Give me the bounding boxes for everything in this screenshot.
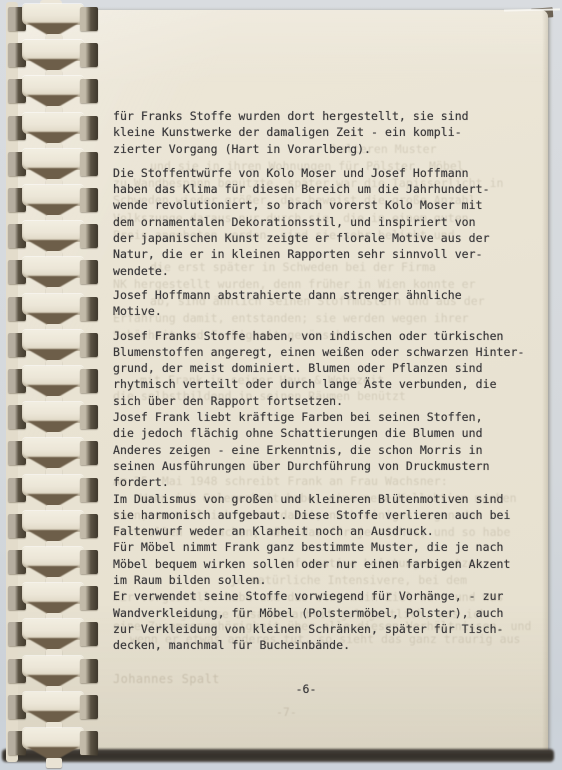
text-line: der japanischen Kunst zeigte er florale … — [113, 230, 543, 246]
binding-ring-front — [22, 40, 84, 61]
text-line: Motive. — [113, 303, 543, 319]
text-line: Josef Franks Stoffe haben, von indischen… — [113, 328, 543, 344]
binding-ring — [6, 257, 100, 293]
text-line: im Raum bilden sollen. — [113, 572, 543, 588]
ghost-next-page-number: -7- — [276, 705, 297, 719]
binding-ring-front — [22, 692, 84, 713]
binding-ring-front — [22, 402, 84, 423]
text-line: Blumenstoffen angeregt, einen weißen ode… — [113, 344, 543, 360]
binding-hole-right — [80, 695, 98, 719]
binding-ring-front — [22, 656, 84, 677]
text-line: decken, manchmal für Bucheinbände. — [113, 637, 543, 653]
paragraph: Die Stoffentwürfe von Kolo Moser und Jos… — [113, 165, 543, 279]
binding-ring — [6, 185, 100, 221]
binding-ring — [6, 547, 100, 583]
binding-ring-front — [22, 728, 84, 749]
binding-hole-right — [80, 333, 98, 357]
text-line: wendete. — [113, 263, 543, 279]
binding-connector — [46, 758, 62, 768]
text-line: Möbel bequem wirken sollen oder nur eine… — [113, 556, 543, 572]
binding-ring — [6, 583, 100, 619]
binding-ring-front — [22, 76, 84, 97]
text-line: für Franks Stoffe wurden dort hergestell… — [113, 108, 543, 124]
binding-ring-front — [22, 4, 84, 25]
binding-ring-front — [22, 438, 84, 459]
binding-ring — [6, 692, 100, 728]
binding-hole-right — [80, 224, 98, 248]
text-line: zur Verkleidung von kleinen Schränken, s… — [113, 621, 543, 637]
binding-hole-right — [80, 188, 98, 212]
binding-hole-right — [80, 260, 98, 284]
binding-ring — [6, 113, 100, 149]
ghost-author-name: Johannes Spalt — [113, 672, 220, 686]
binding-ring — [6, 330, 100, 366]
binding-hole-right — [80, 478, 98, 502]
binding-ring-front — [22, 547, 84, 568]
binding-ring — [6, 149, 100, 185]
typewritten-text: für Franks Stoffe wurden dort hergestell… — [113, 108, 543, 662]
binding-ring-front — [22, 330, 84, 351]
text-line: Für Möbel nimmt Frank ganz bestimmte Mus… — [113, 539, 543, 555]
binding-hole-right — [80, 369, 98, 393]
binding-ring-front — [22, 583, 84, 604]
binding-ring — [6, 475, 100, 511]
binding-ring-front — [22, 185, 84, 206]
text-line: Faltenwurf weder an Klarheit noch an Aus… — [113, 523, 543, 539]
binding-ring — [6, 402, 100, 438]
text-line: seinen Ausführungen über Durchführung vo… — [113, 458, 543, 474]
binding-ring — [6, 76, 100, 112]
text-line: sie harmonisch aufgebaut. Diese Stoffe v… — [113, 507, 543, 523]
page-number: -6- — [256, 682, 356, 696]
text-line: Josef Frank liebt kräftige Farben bei se… — [113, 409, 543, 425]
binding-hole-right — [80, 297, 98, 321]
binding-ring-front — [22, 221, 84, 242]
text-line: wende revolutioniert, so brach vorerst K… — [113, 197, 543, 213]
text-line: kleine Kunstwerke der damaligen Zeit - e… — [113, 124, 543, 140]
binding-ring-front — [22, 294, 84, 315]
text-line: die jedoch flächig ohne Schattierungen d… — [113, 425, 543, 441]
text-line: Josef Hoffmann abstrahierte dann strenge… — [113, 287, 543, 303]
binding-hole-right — [80, 152, 98, 176]
text-line: Anderes zeigen - eine Erkenntnis, die sc… — [113, 442, 543, 458]
text-line: Natur, die er in kleinen Rapporten sehr … — [113, 246, 543, 262]
paragraph: für Franks Stoffe wurden dort hergestell… — [113, 108, 543, 157]
text-line: Wandverkleidung, für Möbel (Polstermöbel… — [113, 605, 543, 621]
scanned-document-photo: Johannes Spalt -7- halteren Musterund si… — [0, 0, 562, 770]
text-line: haben das Klima für diesen Bereich um di… — [113, 181, 543, 197]
paragraph: Josef Hoffmann abstrahierte dann strenge… — [113, 287, 543, 320]
binding-hole-right — [80, 116, 98, 140]
binding-ring — [6, 40, 100, 76]
binding-hole-right — [80, 586, 98, 610]
text-line: Im Dualismus von großen und kleineren Bl… — [113, 491, 543, 507]
text-line: sich über den Rapport fortsetzen. — [113, 393, 543, 409]
text-line: zierter Vorgang (Hart in Vorarlberg). — [113, 141, 543, 157]
binding-ring-front — [22, 257, 84, 278]
binding-ring — [6, 656, 100, 692]
binding-hole-right — [80, 405, 98, 429]
binding-ring — [6, 438, 100, 474]
binding-ring — [6, 294, 100, 330]
paragraph: Josef Franks Stoffe haben, von indischen… — [113, 328, 543, 654]
binding-hole-right — [80, 441, 98, 465]
binding-hole-right — [80, 731, 98, 755]
binding-ring-front — [22, 366, 84, 387]
binding-ring-front — [22, 619, 84, 640]
binding-ring — [6, 511, 100, 547]
binding-ring-front — [22, 113, 84, 134]
text-line: dem ornamentalen Dekorationsstil, und in… — [113, 214, 543, 230]
binding-ring — [6, 619, 100, 655]
binding-hole-right — [80, 659, 98, 683]
binding-ring — [6, 728, 100, 764]
binding-ring — [6, 366, 100, 402]
binding-ring — [6, 221, 100, 257]
binding-hole-right — [80, 79, 98, 103]
text-line: Die Stoffentwürfe von Kolo Moser und Jos… — [113, 165, 543, 181]
text-line: Er verwendet seine Stoffe vorwiegend für… — [113, 588, 543, 604]
text-line: rhytmisch verteilt oder durch lange Äste… — [113, 376, 543, 392]
binding-hole-right — [80, 43, 98, 67]
text-line: fordert. — [113, 474, 543, 490]
binding-ring-front — [22, 149, 84, 170]
binding-ring-front — [22, 511, 84, 532]
binding-ring — [6, 4, 100, 40]
binding-hole-right — [80, 7, 98, 31]
binding-ring-front — [22, 475, 84, 496]
text-line: grund, der meist dominiert. Blumen oder … — [113, 360, 543, 376]
binding-hole-right — [80, 514, 98, 538]
binding-hole-right — [80, 550, 98, 574]
binding-hole-right — [80, 622, 98, 646]
comb-binding — [0, 0, 104, 770]
